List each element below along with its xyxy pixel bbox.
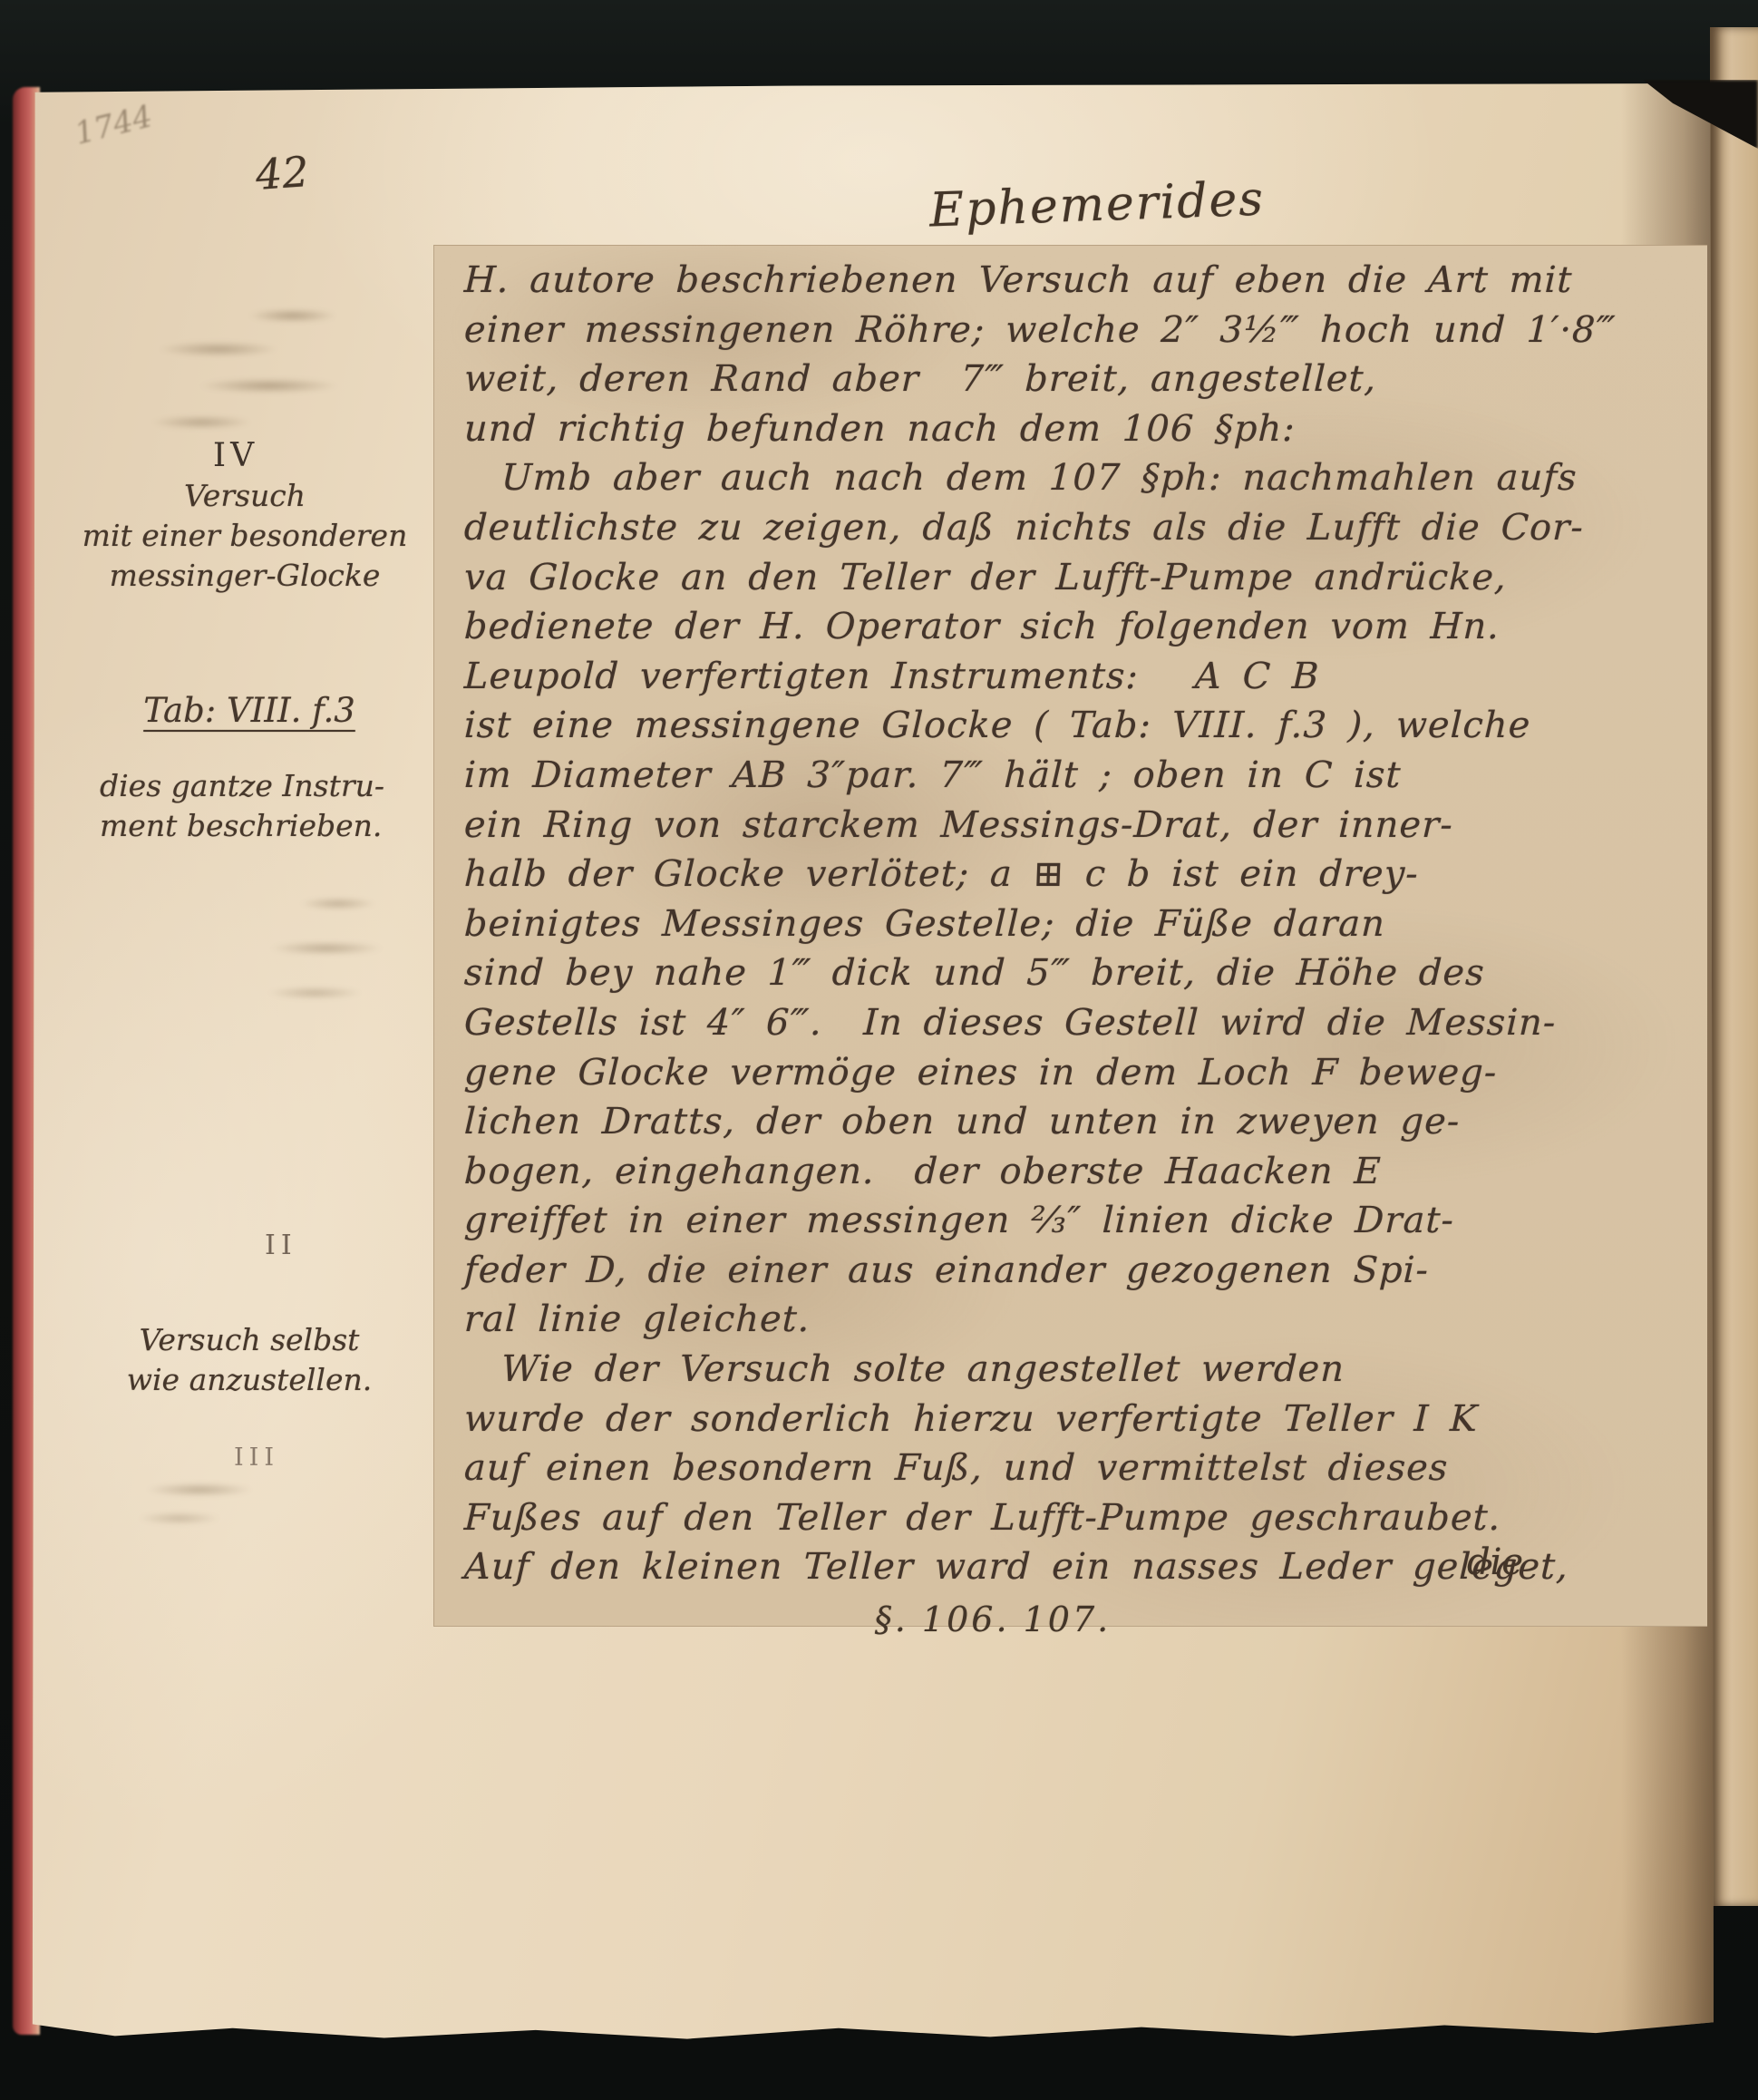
- bleedthrough-mark: [98, 1471, 301, 1534]
- page-number: 42: [254, 147, 310, 199]
- margin-note-line: mit einer besonderen: [68, 516, 422, 556]
- manuscript-line: Wie der Versuch solte angestellet werden: [463, 1345, 1698, 1395]
- manuscript-line: Leupold verfertigten Instruments: A C B: [463, 652, 1698, 702]
- manuscript-line: ral linie gleichet.: [463, 1295, 1698, 1345]
- margin-note-table-reference: Tab: VIII. f.3: [95, 691, 403, 731]
- manuscript-line: gene Glocke vermöge eines in dem Loch F …: [463, 1048, 1698, 1098]
- margin-note-line: Versuch selbst: [80, 1320, 419, 1360]
- manuscript-line: va Glocke an den Teller der Lufft-Pumpe …: [463, 553, 1698, 603]
- manuscript-line: Umb aber auch nach dem 107 §ph: nachmahl…: [463, 453, 1698, 503]
- bleedthrough-mark: [210, 881, 442, 1030]
- catchword: die: [1467, 1541, 1523, 1583]
- manuscript-line: feder D, die einer aus einander gezogene…: [463, 1246, 1698, 1296]
- manuscript-line: halb der Glocke verlötet; a ⊞ c b ist ei…: [463, 850, 1698, 899]
- margin-note-line: Versuch: [68, 476, 422, 516]
- margin-note-line: dies gantze Instru-: [100, 766, 419, 806]
- margin-note: Versuchmit einer besonderenmessinger-Glo…: [68, 476, 422, 596]
- margin-note-line: wie anzustellen.: [80, 1360, 419, 1400]
- scanned-manuscript-page: 1744 42 Ephemerides IV Versuchmit einer …: [0, 0, 1758, 2100]
- manuscript-line: lichen Dratts, der oben und unten in zwe…: [463, 1097, 1698, 1147]
- manuscript-line: und richtig befunden nach dem 106 §ph:: [463, 404, 1698, 454]
- manuscript-line: bogen, eingehangen. der oberste Haacken …: [463, 1147, 1698, 1197]
- bleedthrough-numeral: III: [234, 1444, 279, 1472]
- manuscript-line: deutlichste zu zeigen, daß nichts als di…: [463, 503, 1698, 553]
- margin-note: Versuch selbstwie anzustellen.: [80, 1320, 419, 1400]
- facing-page-sliver: [1710, 27, 1758, 1906]
- manuscript-line: bedienete der H. Operator sich folgenden…: [463, 602, 1698, 652]
- margin-note-line: ment beschrieben.: [100, 806, 419, 846]
- manuscript-line: weit, deren Rand aber 7‴ breit, angestel…: [463, 355, 1698, 404]
- section-reference-footer: §. 106. 107.: [798, 1599, 1188, 1639]
- manuscript-line: auf einen besondern Fuß, und vermittelst…: [463, 1444, 1698, 1493]
- bleedthrough-mark: [83, 297, 421, 450]
- manuscript-line: wurde der sonderlich hierzu verfertigte …: [463, 1395, 1698, 1444]
- manuscript-line: H. autore beschriebenen Versuch auf eben…: [463, 256, 1698, 306]
- manuscript-line: ein Ring von starckem Messings-Drat, der…: [463, 801, 1698, 851]
- margin-note: dies gantze Instru-ment beschrieben.: [80, 766, 419, 846]
- margin-section-numeral: IV: [100, 437, 372, 474]
- manuscript-line: Gestells ist 4″ 6‴. In dieses Gestell wi…: [463, 998, 1698, 1048]
- margin-note-line: Tab: VIII. f.3: [95, 691, 403, 731]
- bleedthrough-numeral: II: [265, 1230, 297, 1261]
- manuscript-line: Fußes auf den Teller der Lufft-Pumpe ges…: [463, 1493, 1698, 1543]
- margin-note-line: messinger-Glocke: [68, 556, 422, 596]
- manuscript-line: im Diameter AB 3″par. 7‴ hält ; oben in …: [463, 751, 1698, 801]
- manuscript-line: beinigtes Messinges Gestelle; die Füße d…: [463, 899, 1698, 949]
- manuscript-line: einer messingenen Röhre; welche 2″ 3½‴ h…: [463, 306, 1698, 355]
- manuscript-line: ist eine messingene Glocke ( Tab: VIII. …: [463, 701, 1698, 751]
- manuscript-body: H. autore beschriebenen Versuch auf eben…: [464, 256, 1697, 1592]
- manuscript-line: sind bey nahe 1‴ dick und 5‴ breit, die …: [463, 948, 1698, 998]
- manuscript-line: greiffet in einer messingen ⅔″ linien di…: [463, 1196, 1698, 1246]
